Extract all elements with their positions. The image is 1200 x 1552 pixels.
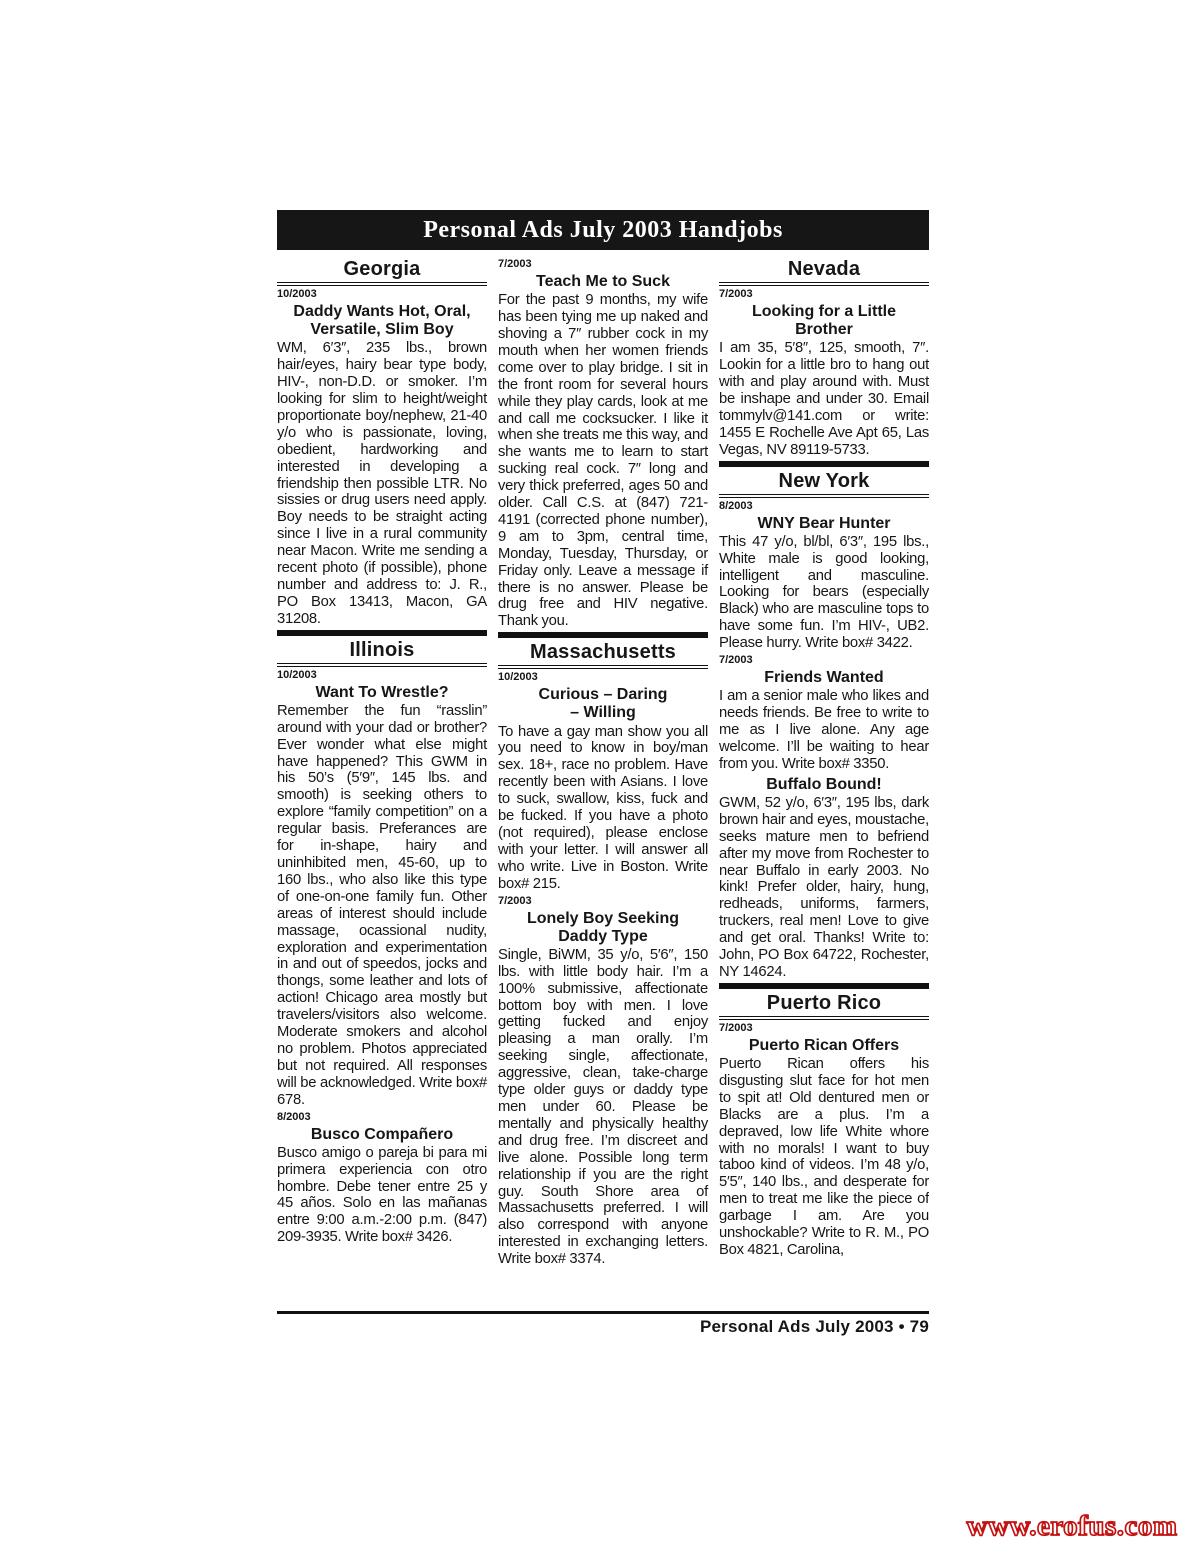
ad: Teach Me to SuckFor the past 9 months, m…: [498, 273, 708, 630]
page-banner: Personal Ads July 2003 Handjobs: [277, 210, 929, 250]
ad-body: To have a gay man show you all you need …: [498, 724, 708, 893]
ad-body: Puerto Rican offers his disgusting slut …: [719, 1056, 929, 1259]
ad-title: Lonely Boy Seeking Daddy Type: [498, 910, 708, 946]
date-stamp: 7/2003: [719, 654, 929, 666]
section-heading: Georgia: [277, 258, 487, 286]
section: Massachusetts: [498, 632, 708, 669]
ad-body: This 47 y/o, bl/bl, 6′3″, 195 lbs., Whit…: [719, 534, 929, 652]
date-stamp: 7/2003: [498, 258, 708, 270]
section-heading: Nevada: [719, 258, 929, 286]
ads-columns: Georgia10/2003Daddy Wants Hot, Oral, Ver…: [277, 256, 929, 1306]
ad: Friends WantedI am a senior male who lik…: [719, 669, 929, 773]
ad-body: WM, 6′3″, 235 lbs., brown hair/eyes, hai…: [277, 340, 487, 627]
ad: Busco CompañeroBusco amigo o pareja bi p…: [277, 1126, 487, 1247]
ad-title: Friends Wanted: [719, 669, 929, 687]
page-footer: Personal Ads July 2003 • 79: [277, 1317, 929, 1337]
ads-column-3: Nevada7/2003Looking for a Little Brother…: [719, 256, 929, 1306]
date-stamp: 7/2003: [719, 1022, 929, 1034]
ad-body: Busco amigo o pareja bi para mi primera …: [277, 1145, 487, 1246]
ads-column-1: Georgia10/2003Daddy Wants Hot, Oral, Ver…: [277, 256, 487, 1306]
ad-title: Buffalo Bound!: [719, 776, 929, 794]
date-stamp: 7/2003: [719, 288, 929, 300]
ad-title: Busco Compañero: [277, 1126, 487, 1144]
section: Illinois: [277, 630, 487, 667]
ad: Buffalo Bound!GWM, 52 y/o, 6′3″, 195 lbs…: [719, 776, 929, 981]
ad-title: Daddy Wants Hot, Oral, Versatile, Slim B…: [277, 303, 487, 339]
banner-title: Personal Ads July 2003 Handjobs: [423, 217, 783, 243]
watermark: www.erofus.com: [962, 1510, 1182, 1543]
ad-body: I am a senior male who likes and needs f…: [719, 688, 929, 773]
ad: Looking for a Little BrotherI am 35, 5′8…: [719, 303, 929, 459]
date-stamp: 8/2003: [719, 500, 929, 512]
ad-body: For the past 9 months, my wife has been …: [498, 292, 708, 630]
ad-body: Remember the fun “rasslin” around with y…: [277, 703, 487, 1109]
ad-title: Want To Wrestle?: [277, 684, 487, 702]
section-heading: Massachusetts: [498, 641, 708, 669]
ad-title: Teach Me to Suck: [498, 273, 708, 291]
section: Nevada: [719, 258, 929, 286]
section-heading: New York: [719, 470, 929, 498]
date-stamp: 8/2003: [277, 1111, 487, 1123]
ad: WNY Bear HunterThis 47 y/o, bl/bl, 6′3″,…: [719, 515, 929, 652]
ads-column-2: 7/2003Teach Me to SuckFor the past 9 mon…: [498, 256, 708, 1306]
ad-title: Curious – Daring – Willing: [498, 686, 708, 722]
ad: Curious – Daring – WillingTo have a gay …: [498, 686, 708, 892]
ad-title: WNY Bear Hunter: [719, 515, 929, 533]
section: Puerto Rico: [719, 983, 929, 1020]
date-stamp: 7/2003: [498, 895, 708, 907]
date-stamp: 10/2003: [498, 671, 708, 683]
date-stamp: 10/2003: [277, 669, 487, 681]
ad: Want To Wrestle?Remember the fun “rassli…: [277, 684, 487, 1109]
ad-body: I am 35, 5′8″, 125, smooth, 7″. Lookin f…: [719, 340, 929, 458]
ad-title: Puerto Rican Offers: [719, 1037, 929, 1055]
ad: Lonely Boy Seeking Daddy TypeSingle, BiW…: [498, 910, 708, 1268]
ad-title: Looking for a Little Brother: [719, 303, 929, 339]
ad: Daddy Wants Hot, Oral, Versatile, Slim B…: [277, 303, 487, 628]
section: Georgia: [277, 258, 487, 286]
date-stamp: 10/2003: [277, 288, 487, 300]
ad: Puerto Rican OffersPuerto Rican offers h…: [719, 1037, 929, 1259]
magazine-page: Personal Ads July 2003 Handjobs Georgia1…: [277, 210, 929, 1306]
section-heading: Illinois: [277, 639, 487, 667]
ad-body: Single, BiWM, 35 y/o, 5′6″, 150 lbs. wit…: [498, 947, 708, 1268]
footer-rule: [277, 1311, 929, 1314]
section: New York: [719, 461, 929, 498]
ad-body: GWM, 52 y/o, 6′3″, 195 lbs, dark brown h…: [719, 795, 929, 981]
section-heading: Puerto Rico: [719, 992, 929, 1020]
